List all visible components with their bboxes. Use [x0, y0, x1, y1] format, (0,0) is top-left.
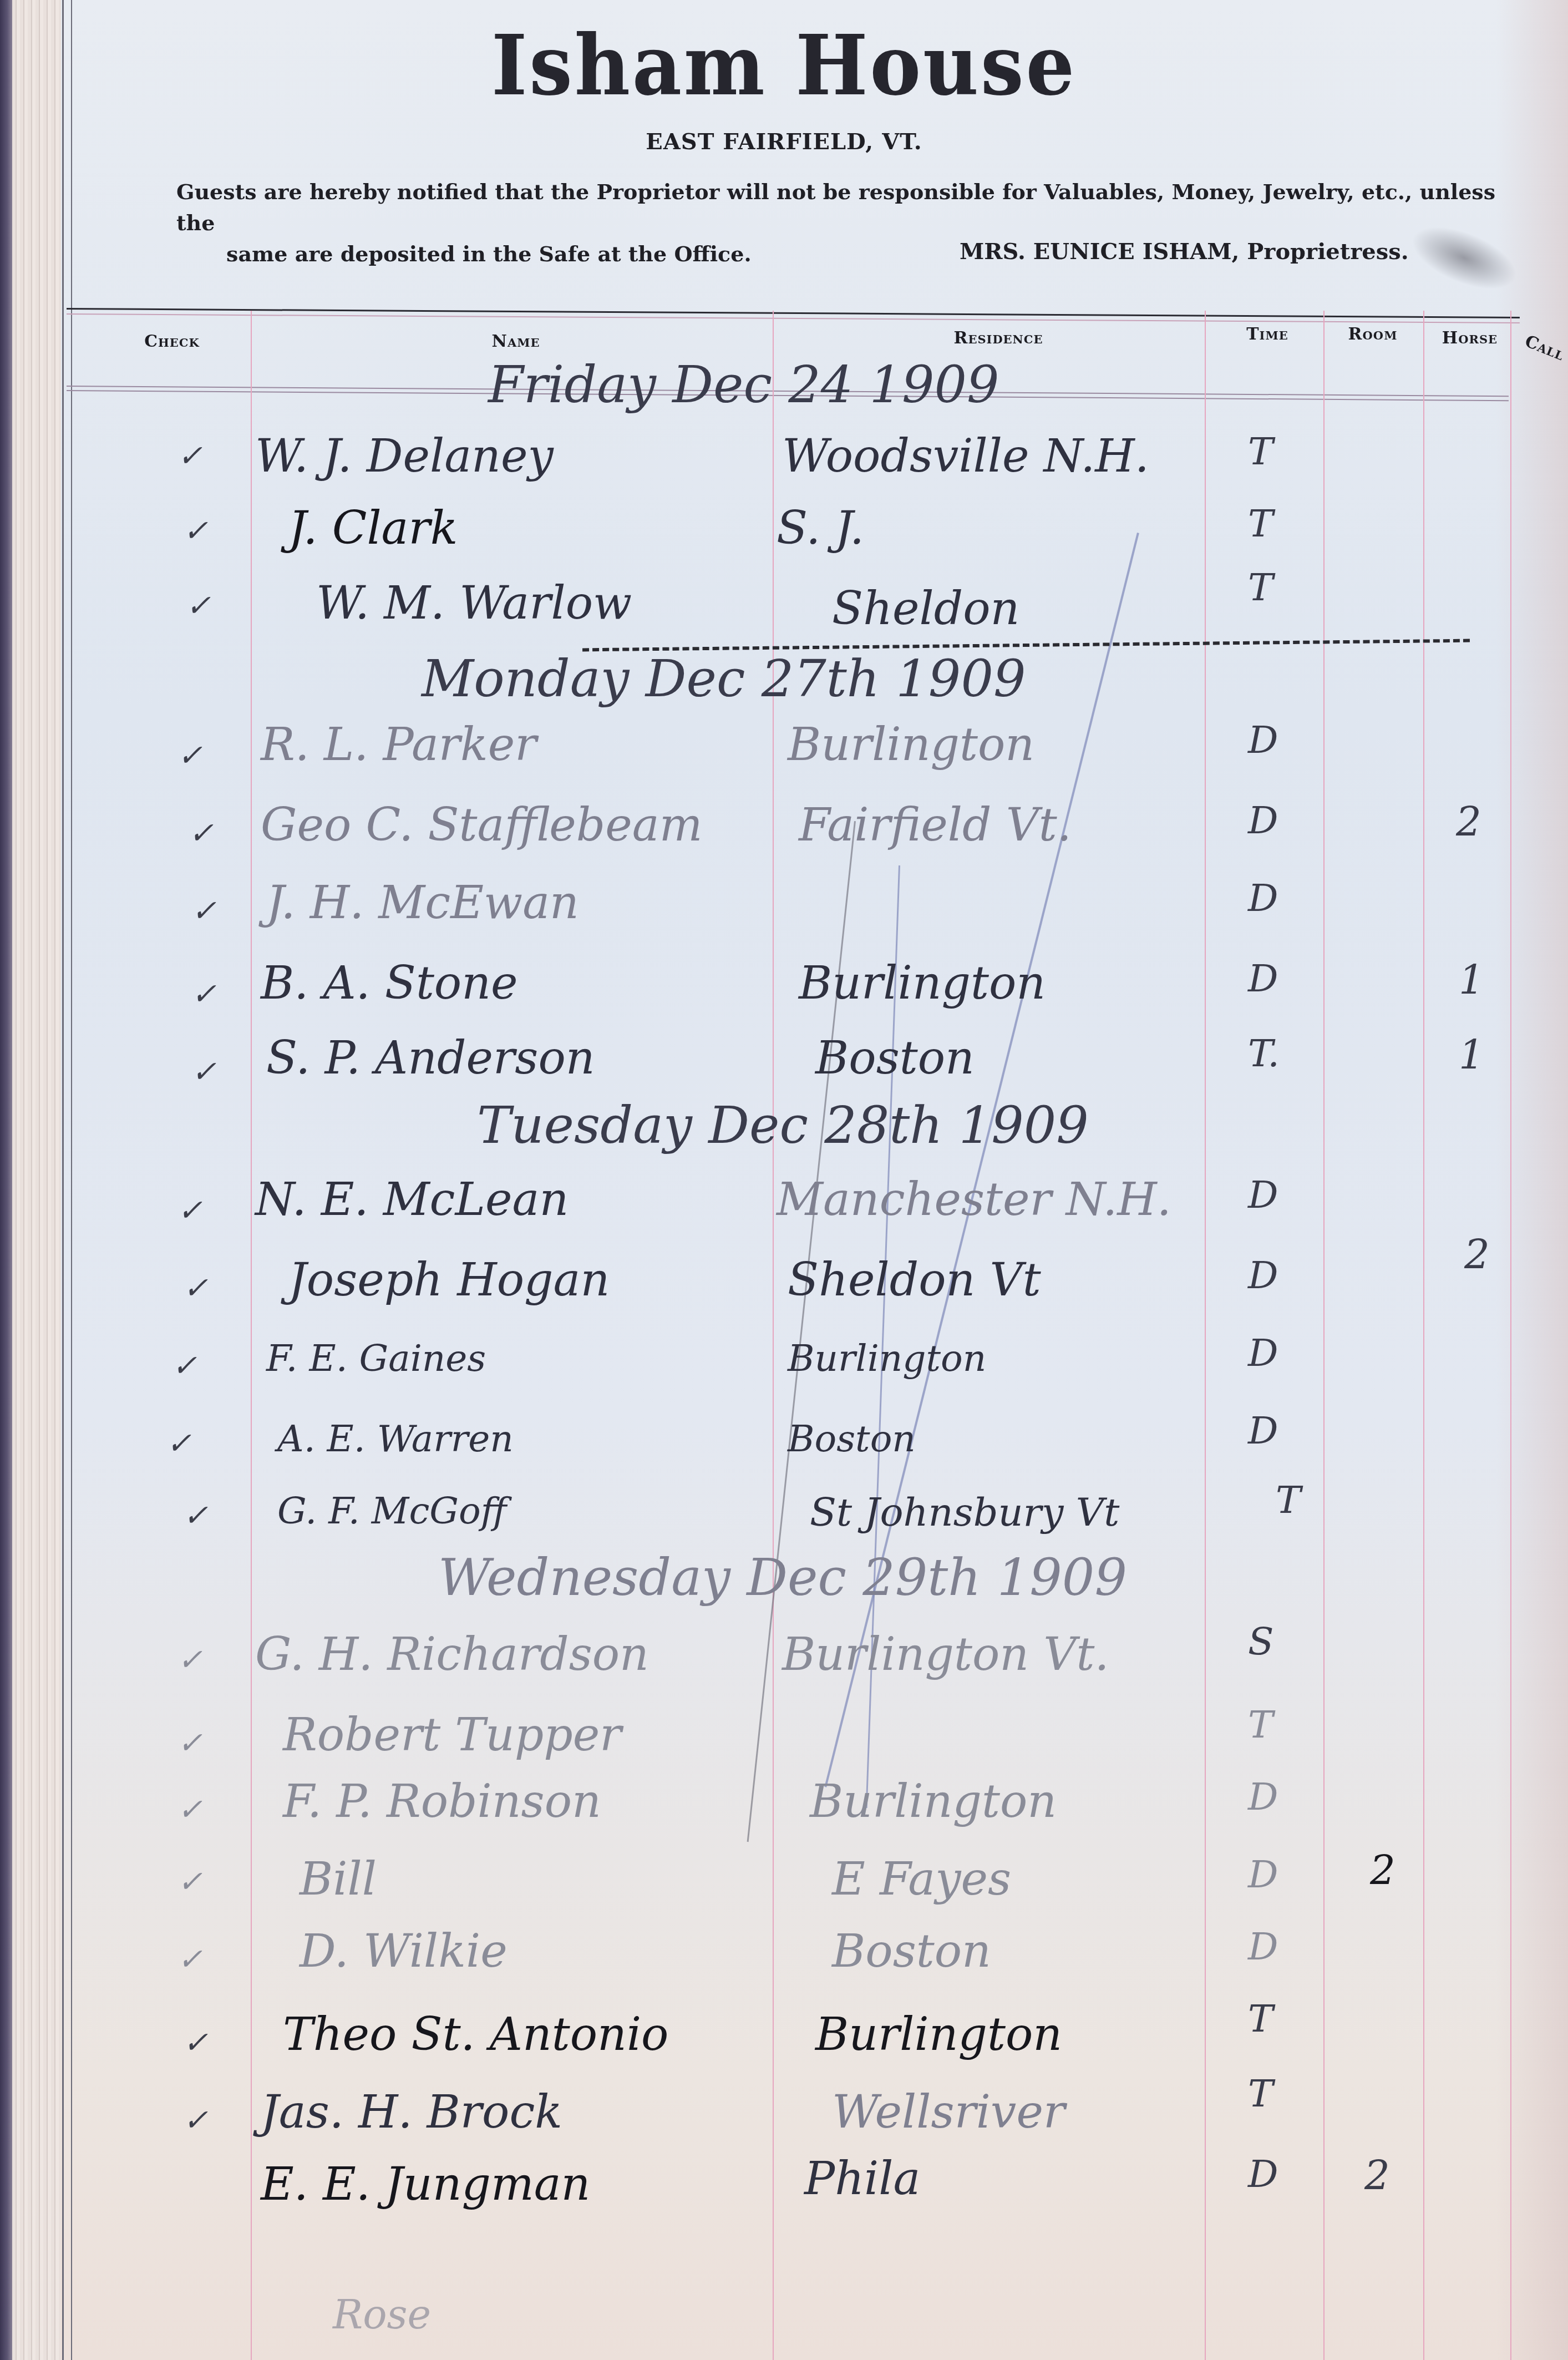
guest-residence: Manchester N.H.: [777, 1173, 1171, 1226]
time-mark: T: [1248, 566, 1273, 610]
guest-name: Bill: [300, 1853, 377, 1906]
date-header: Wednesday Dec 29th 1909: [438, 1548, 1127, 1607]
guest-residence: S. J.: [777, 502, 864, 555]
check-mark: ✓: [177, 1642, 202, 1677]
col-header-horse: Horse: [1437, 328, 1503, 348]
time-mark: T: [1248, 1997, 1273, 2041]
guest-name: F. P. Robinson: [283, 1775, 601, 1828]
hotel-title: Isham House: [63, 17, 1505, 114]
guest-residence: Burlington: [788, 1337, 986, 1380]
guest-name: A. E. Warren: [277, 1417, 514, 1460]
guest-name: J. Clark: [288, 502, 458, 555]
guest-residence: St Johnsbury Vt: [810, 1490, 1119, 1535]
guest-name: D. Wilkie: [300, 1925, 508, 1978]
horse-count: 1: [1459, 957, 1484, 1004]
check-mark: ✓: [177, 1864, 202, 1899]
check-mark: ✓: [177, 738, 202, 773]
guest-residence: Boston: [788, 1417, 916, 1460]
time-mark: D: [1248, 2153, 1278, 2196]
time-mark: D: [1248, 1254, 1278, 1298]
col-header-check: Check: [133, 332, 211, 351]
check-mark: ✓: [191, 893, 216, 928]
left-margin-rule: [62, 0, 64, 2360]
guest-name: G. H. Richardson: [255, 1628, 649, 1681]
time-mark: T: [1248, 502, 1273, 546]
horse-count: 2: [1464, 1232, 1490, 1278]
guest-name: B. A. Stone: [261, 957, 518, 1010]
guest-name: E. E. Jungman: [261, 2158, 590, 2211]
check-mark: ✓: [183, 2103, 208, 2138]
time-mark: D: [1248, 1173, 1278, 1217]
guest-residence: Burlington: [788, 718, 1034, 771]
col-divider-time: [1323, 311, 1325, 2360]
horse-count: 2: [1456, 799, 1481, 845]
book-binding: [0, 0, 12, 2360]
guest-name: N. E. McLean: [255, 1173, 569, 1226]
guest-residence: Burlington: [799, 957, 1046, 1010]
check-mark: ✓: [183, 2025, 208, 2060]
guest-name: Jas. H. Brock: [261, 2086, 562, 2139]
check-mark: ✓: [177, 1725, 202, 1760]
guest-name: W. J. Delaney: [255, 430, 554, 483]
guest-name: Joseph Hogan: [288, 1254, 610, 1306]
guest-name: R. L. Parker: [261, 718, 536, 771]
room-number: 2: [1364, 2153, 1390, 2199]
check-mark: ✓: [191, 976, 216, 1011]
notice-line-1: Guests are hereby notified that the Prop…: [176, 179, 1495, 235]
time-mark: D: [1248, 1925, 1278, 1969]
time-mark: D: [1248, 799, 1278, 843]
check-mark: ✓: [183, 1498, 208, 1533]
time-mark: S: [1248, 1620, 1274, 1664]
guest-residence: Fairfield Vt.: [799, 799, 1072, 852]
hotel-name: Isham House: [491, 17, 1077, 114]
col-divider-check: [251, 311, 252, 2360]
col-header-time: Time: [1234, 325, 1301, 344]
guest-residence: E Fayes: [832, 1853, 1011, 1906]
col-divider-room: [1423, 311, 1424, 2360]
time-mark: D: [1248, 877, 1278, 920]
check-mark: ✓: [166, 1426, 191, 1461]
col-divider-name: [773, 311, 774, 2360]
guest-name: Geo C. Stafflebeam: [261, 799, 702, 852]
check-mark: ✓: [172, 1348, 197, 1383]
date-header: Tuesday Dec 28th 1909: [477, 1096, 1089, 1155]
guest-residence: Wellsriver: [832, 2086, 1065, 2139]
guest-name: S. P. Anderson: [266, 1032, 595, 1085]
guest-name: Theo St. Antonio: [283, 2008, 668, 2061]
room-number: 2: [1370, 1847, 1396, 1894]
check-mark: ✓: [183, 1270, 208, 1305]
date-header: Monday Dec 27th 1909: [422, 649, 1026, 708]
pencil-note: Rose: [333, 2291, 431, 2338]
guest-name: F. E. Gaines: [266, 1337, 486, 1380]
time-mark: D: [1248, 957, 1278, 1001]
check-mark: ✓: [186, 588, 211, 623]
time-mark: T: [1248, 430, 1273, 474]
guest-residence: Phila: [804, 2153, 920, 2205]
col-header-name: Name: [477, 332, 555, 351]
time-mark: D: [1248, 718, 1278, 762]
col-header-residence: Residence: [932, 328, 1065, 348]
guest-name: G. F. McGoff: [277, 1490, 507, 1532]
check-mark: ✓: [177, 1942, 202, 1977]
left-margin-rule-inner: [71, 0, 72, 2360]
time-mark: T: [1248, 2072, 1273, 2116]
horse-count: 1: [1459, 1032, 1484, 1078]
col-divider-residence: [1205, 311, 1206, 2360]
guest-residence: Burlington Vt.: [782, 1628, 1109, 1681]
time-mark: T.: [1248, 1032, 1280, 1076]
guest-residence: Woodsville N.H.: [782, 430, 1149, 483]
guest-residence: Sheldon: [832, 583, 1019, 635]
guest-residence: Boston: [815, 1032, 975, 1085]
col-divider-horse: [1510, 311, 1511, 2360]
check-mark: ✓: [183, 513, 208, 548]
check-mark: ✓: [177, 438, 202, 473]
guest-name: Robert Tupper: [283, 1709, 622, 1761]
time-mark: T: [1248, 1703, 1273, 1747]
time-mark: D: [1248, 1853, 1278, 1897]
guest-residence: Sheldon Vt: [788, 1254, 1041, 1306]
check-mark: ✓: [177, 1792, 202, 1827]
page-edges: [12, 0, 68, 2360]
time-mark: T: [1276, 1478, 1301, 1522]
guest-residence: Boston: [832, 1925, 991, 1978]
check-mark: ✓: [191, 1054, 216, 1089]
guest-name: J. H. McEwan: [266, 877, 579, 929]
guest-name: W. M. Warlow: [316, 577, 632, 630]
time-mark: D: [1248, 1409, 1278, 1453]
check-mark: ✓: [189, 816, 214, 850]
hotel-location: EAST FAIRFIELD, VT.: [0, 129, 1568, 155]
col-header-room: Room: [1342, 325, 1403, 344]
date-header: Friday Dec 24 1909: [488, 355, 999, 414]
time-mark: D: [1248, 1331, 1278, 1375]
check-mark: ✓: [177, 1193, 202, 1228]
time-mark: D: [1248, 1775, 1278, 1819]
guest-residence: Burlington: [815, 2008, 1062, 2061]
proprietress: MRS. EUNICE ISHAM, Proprietress.: [960, 239, 1409, 265]
guest-residence: Burlington: [810, 1775, 1057, 1828]
